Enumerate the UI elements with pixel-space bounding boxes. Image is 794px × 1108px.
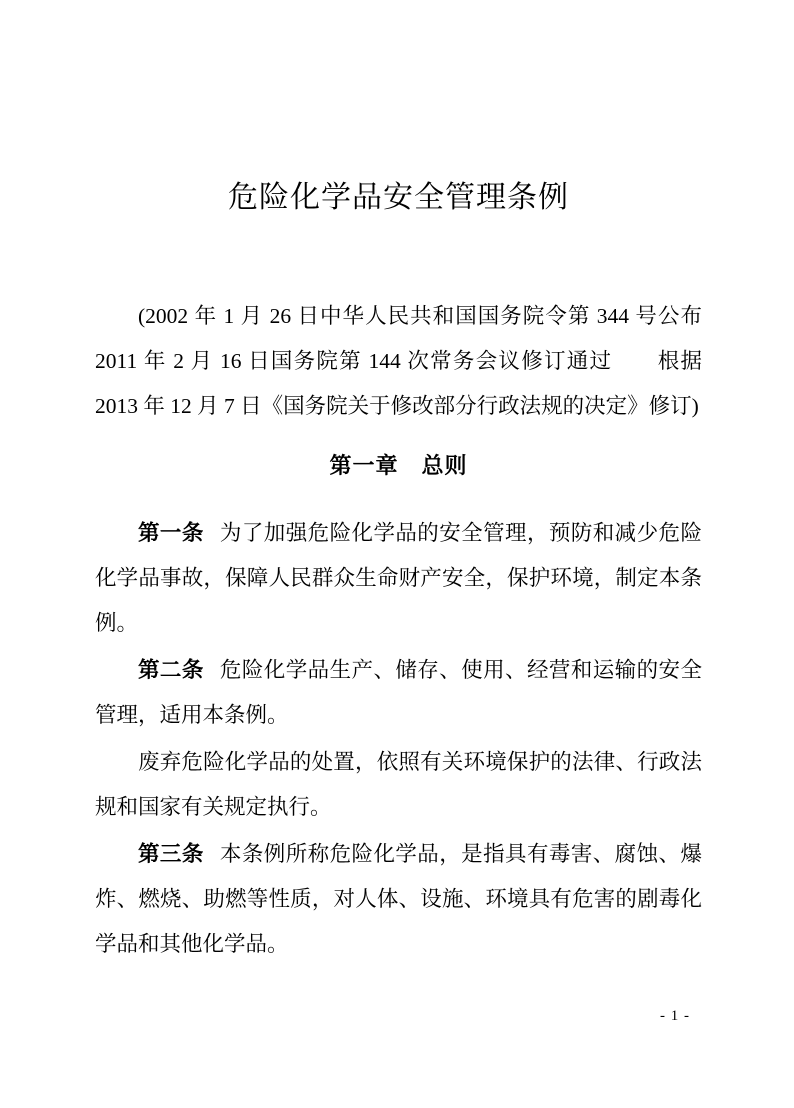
article-label: 第一条 <box>138 521 204 545</box>
article-paragraph: 第三条本条例所称危险化学品，是指具有毒害、腐蚀、爆炸、燃烧、助燃等性质，对人体、… <box>95 832 702 967</box>
page-title: 危险化学品安全管理条例 <box>95 180 702 216</box>
article-paragraph: 废弃危险化学品的处置，依照有关环境保护的法律、行政法规和国家有关规定执行。 <box>95 740 702 830</box>
document-page: 危险化学品安全管理条例 (2002 年 1 月 26 日中华人民共和国国务院令第… <box>0 0 794 1108</box>
article-label: 第二条 <box>138 658 204 682</box>
promulgation-note: (2002 年 1 月 26 日中华人民共和国国务院令第 344 号公布 201… <box>95 294 702 429</box>
article-paragraph: 第二条危险化学品生产、储存、使用、经营和运输的安全管理，适用本条例。 <box>95 648 702 738</box>
chapter-heading: 第一章 总则 <box>95 443 702 488</box>
article-text: 废弃危险化学品的处置，依照有关环境保护的法律、行政法规和国家有关规定执行。 <box>95 750 702 819</box>
page-number: - 1 - <box>660 1008 690 1025</box>
article-paragraph: 第一条为了加强危险化学品的安全管理，预防和减少危险化学品事故，保障人民群众生命财… <box>95 511 702 646</box>
article-label: 第三条 <box>138 842 204 866</box>
